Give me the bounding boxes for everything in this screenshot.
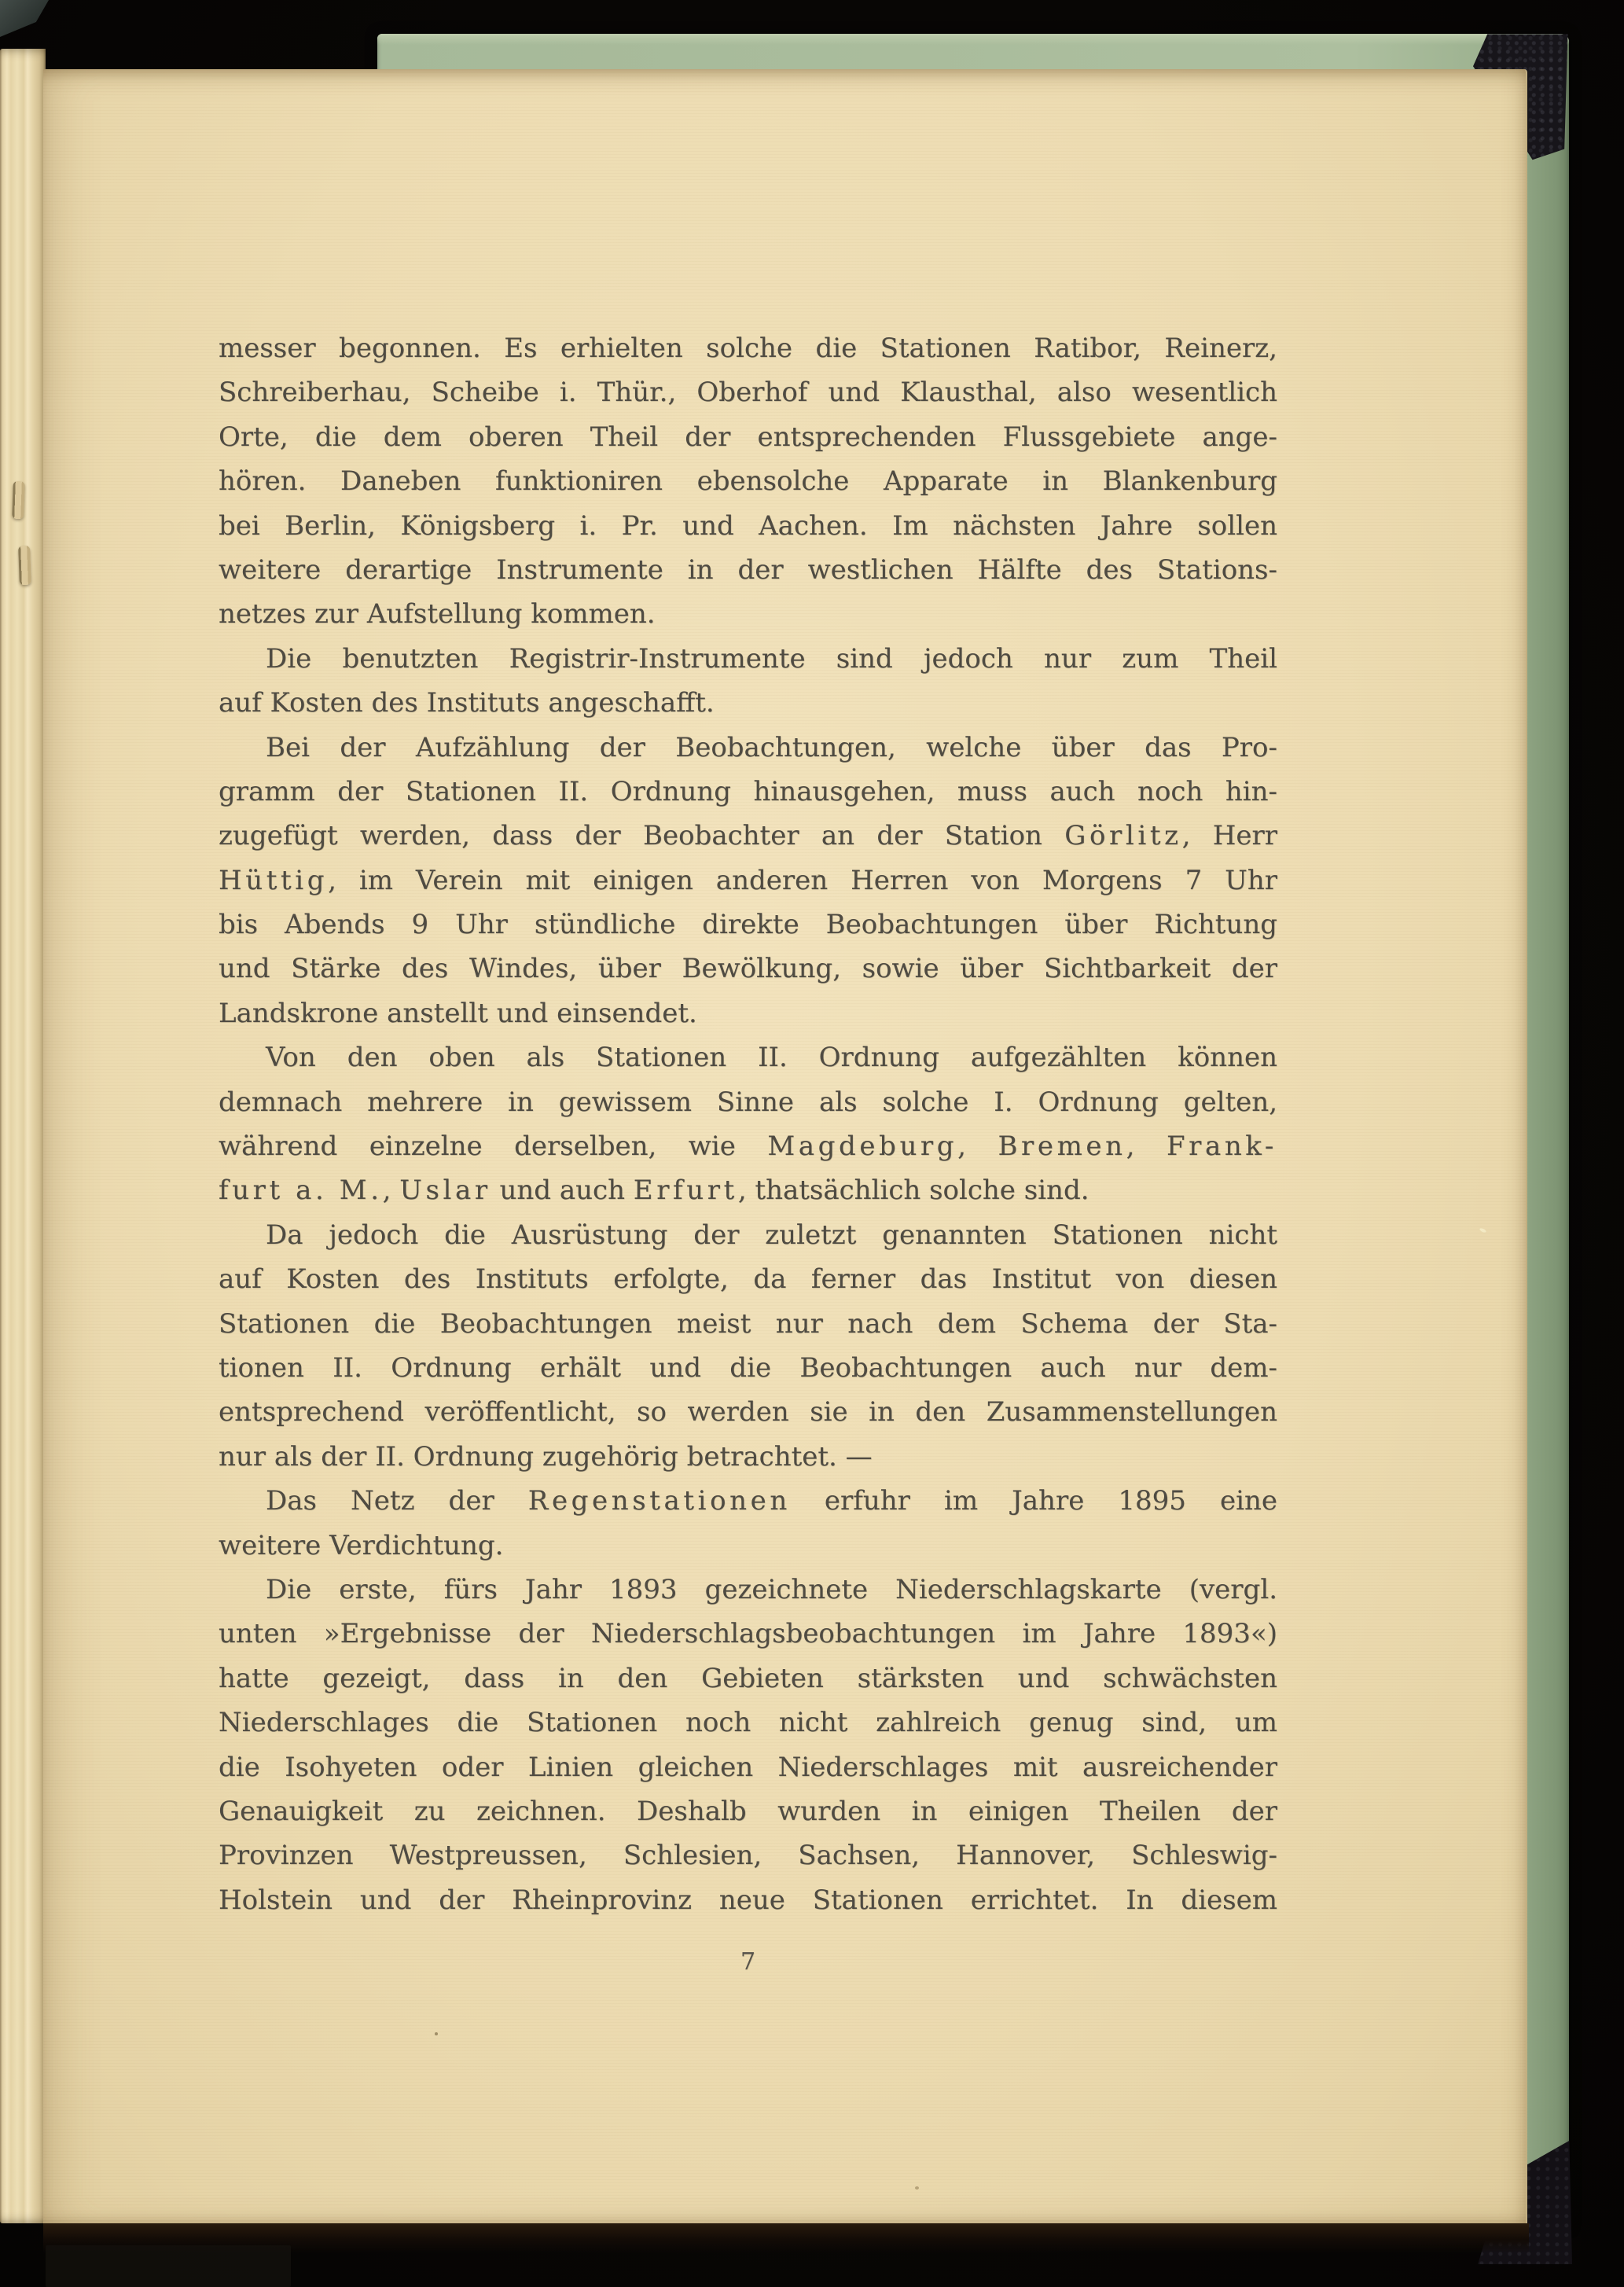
- paragraph: Von den oben als Stationen II. Ordnung a…: [219, 1035, 1277, 1213]
- text-segment: bei Berlin, Königsberg i. Pr. und Aachen…: [219, 510, 1277, 542]
- binding-stitch: [12, 481, 25, 519]
- text-segment: weitere derartige Instrumente in der wes…: [219, 554, 1277, 586]
- text-segment: Die erste, fürs Jahr 1893 gezeichnete Ni…: [266, 1574, 1277, 1605]
- text-line: entsprechend veröffentlicht, so werden s…: [219, 1390, 1277, 1434]
- binding-stitch: [18, 546, 31, 585]
- text-line: Orte, die dem oberen Theil der entsprech…: [219, 415, 1277, 459]
- text-segment: hatte gezeigt, dass in den Gebieten stär…: [219, 1663, 1277, 1694]
- text-line: Bei der Aufzählung der Beobachtungen, we…: [219, 726, 1277, 770]
- text-segment: ,: [1126, 1131, 1167, 1162]
- letterspaced-term: Görlitz: [1064, 820, 1181, 851]
- text-line: unten »Ergebnisse der Niederschlagsbeoba…: [219, 1612, 1277, 1656]
- text-line: furt a. M., Uslar und auch Erfurt, thats…: [219, 1168, 1277, 1212]
- text-line: Von den oben als Stationen II. Ordnung a…: [219, 1035, 1277, 1079]
- text-segment: Orte, die dem oberen Theil der entsprech…: [219, 421, 1277, 453]
- letterspaced-term: Magdeburg: [767, 1131, 957, 1162]
- text-segment: , im Verein mit einigen anderen Herren v…: [328, 865, 1277, 896]
- text-segment: die Isohyeten oder Linien gleichen Niede…: [219, 1752, 1277, 1783]
- text-line: bis Abends 9 Uhr stündliche direkte Beob…: [219, 903, 1277, 947]
- text-segment: entsprechend veröffentlicht, so werden s…: [219, 1396, 1277, 1428]
- text-segment: Stationen die Beobachtungen meist nur na…: [219, 1308, 1277, 1340]
- text-segment: messer begonnen. Es erhielten solche die…: [219, 333, 1277, 364]
- paragraph: Die benutzten Registrir-Instrumente sind…: [219, 637, 1277, 726]
- text-line: Niederschlages die Stationen noch nicht …: [219, 1701, 1277, 1745]
- letterspaced-term: Frank-: [1167, 1131, 1277, 1162]
- text-line: Provinzen Westpreussen, Schlesien, Sachs…: [219, 1833, 1277, 1877]
- text-line: hatte gezeigt, dass in den Gebieten stär…: [219, 1656, 1277, 1701]
- paragraph: Da jedoch die Ausrüstung der zuletzt gen…: [219, 1213, 1277, 1479]
- text-line: die Isohyeten oder Linien gleichen Niede…: [219, 1745, 1277, 1789]
- text-line: Landskrone anstellt und einsendet.: [219, 991, 1277, 1035]
- text-line: Genauigkeit zu zeichnen. Deshalb wurden …: [219, 1789, 1277, 1833]
- text-line: zugefügt werden, dass der Beobachter an …: [219, 814, 1277, 858]
- text-line: Schreiberhau, Scheibe i. Thür., Oberhof …: [219, 370, 1277, 414]
- letterspaced-term: Uslar: [399, 1175, 491, 1206]
- text-segment: ,: [383, 1175, 400, 1206]
- text-line: auf Kosten des Instituts angeschafft.: [219, 681, 1277, 725]
- text-segment: gramm der Stationen II. Ordnung hinausge…: [219, 776, 1277, 807]
- text-line: Die benutzten Registrir-Instrumente sind…: [219, 637, 1277, 681]
- letterspaced-term: Hüttig: [219, 865, 328, 896]
- text-segment: nur als der II. Ordnung zugehörig betrac…: [219, 1441, 873, 1473]
- text-segment: , Herr: [1182, 820, 1277, 851]
- text-line: Die erste, fürs Jahr 1893 gezeichnete Ni…: [219, 1568, 1277, 1612]
- page-number: 7: [219, 1948, 1277, 1976]
- letterspaced-term: furt a. M.: [219, 1175, 383, 1206]
- text-line: netzes zur Aufstellung kommen.: [219, 592, 1277, 636]
- text-line: Das Netz der Regenstationen erfuhr im Ja…: [219, 1479, 1277, 1523]
- text-segment: Schreiberhau, Scheibe i. Thür., Oberhof …: [219, 377, 1277, 408]
- text-line: hören. Daneben funktioniren ebensolche A…: [219, 459, 1277, 503]
- paragraph: messer begonnen. Es erhielten solche die…: [219, 326, 1277, 637]
- text-line: gramm der Stationen II. Ordnung hinausge…: [219, 770, 1277, 814]
- text-line: nur als der II. Ordnung zugehörig betrac…: [219, 1435, 1277, 1479]
- paper-speck: [915, 2186, 919, 2190]
- scanbed-smudge: [46, 2245, 291, 2287]
- text-line: Holstein und der Rheinprovinz neue Stati…: [219, 1878, 1277, 1922]
- text-line: Hüttig, im Verein mit einigen anderen He…: [219, 859, 1277, 903]
- letterspaced-term: Bremen: [998, 1131, 1126, 1162]
- text-line: bei Berlin, Königsberg i. Pr. und Aachen…: [219, 504, 1277, 548]
- text-segment: , thatsächlich solche sind.: [738, 1175, 1089, 1206]
- text-segment: tionen II. Ordnung erhält und die Beobac…: [219, 1352, 1277, 1384]
- book-block-edge: [0, 49, 46, 2223]
- text-segment: ,: [957, 1131, 998, 1162]
- text-block: messer begonnen. Es erhielten solche die…: [219, 326, 1277, 1922]
- text-segment: während einzelne derselben, wie: [219, 1131, 767, 1162]
- text-line: Stationen die Beobachtungen meist nur na…: [219, 1302, 1277, 1346]
- paper-speck: [435, 2032, 438, 2035]
- text-segment: auf Kosten des Instituts angeschafft.: [219, 687, 715, 719]
- letterspaced-term: Erfurt: [634, 1175, 738, 1206]
- text-segment: und Stärke des Windes, über Bewölkung, s…: [219, 953, 1277, 984]
- paragraph: Bei der Aufzählung der Beobachtungen, we…: [219, 726, 1277, 1036]
- text-segment: demnach mehrere in gewissem Sinne als so…: [219, 1087, 1277, 1118]
- text-segment: weitere Verdichtung.: [219, 1530, 503, 1561]
- text-segment: erfuhr im Jahre 1895 eine: [791, 1485, 1277, 1517]
- text-line: messer begonnen. Es erhielten solche die…: [219, 326, 1277, 370]
- text-line: und Stärke des Windes, über Bewölkung, s…: [219, 947, 1277, 991]
- text-segment: auf Kosten des Instituts erfolgte, da fe…: [219, 1263, 1277, 1295]
- text-segment: Provinzen Westpreussen, Schlesien, Sachs…: [219, 1840, 1277, 1871]
- scanner-corner-shadow: [0, 0, 49, 39]
- text-segment: Landskrone anstellt und einsendet.: [219, 998, 697, 1029]
- paragraph: Die erste, fürs Jahr 1893 gezeichnete Ni…: [219, 1568, 1277, 1922]
- letterspaced-term: Regenstationen: [528, 1485, 791, 1517]
- text-segment: Niederschlages die Stationen noch nicht …: [219, 1707, 1277, 1738]
- text-segment: zugefügt werden, dass der Beobachter an …: [219, 820, 1064, 851]
- text-line: tionen II. Ordnung erhält und die Beobac…: [219, 1346, 1277, 1390]
- text-segment: Holstein und der Rheinprovinz neue Stati…: [219, 1884, 1277, 1916]
- text-segment: Das Netz der: [266, 1485, 528, 1517]
- text-segment: und auch: [491, 1175, 634, 1206]
- scan-background: { "page": { "number": "7", "paragraphs":…: [0, 0, 1624, 2287]
- text-line: weitere derartige Instrumente in der wes…: [219, 548, 1277, 592]
- text-segment: unten »Ergebnisse der Niederschlagsbeoba…: [219, 1618, 1277, 1649]
- text-segment: Die benutzten Registrir-Instrumente sind…: [266, 643, 1277, 675]
- text-line: auf Kosten des Instituts erfolgte, da fe…: [219, 1257, 1277, 1301]
- text-segment: bis Abends 9 Uhr stündliche direkte Beob…: [219, 909, 1277, 940]
- text-segment: Da jedoch die Ausrüstung der zuletzt gen…: [266, 1219, 1277, 1251]
- text-segment: Bei der Aufzählung der Beobachtungen, we…: [266, 732, 1277, 763]
- text-segment: Von den oben als Stationen II. Ordnung a…: [266, 1042, 1277, 1073]
- text-line: demnach mehrere in gewissem Sinne als so…: [219, 1080, 1277, 1124]
- text-segment: netzes zur Aufstellung kommen.: [219, 598, 656, 630]
- text-line: während einzelne derselben, wie Magdebur…: [219, 1124, 1277, 1168]
- paragraph: Das Netz der Regenstationen erfuhr im Ja…: [219, 1479, 1277, 1568]
- text-segment: Genauigkeit zu zeichnen. Deshalb wurden …: [219, 1796, 1277, 1827]
- text-segment: hören. Daneben funktioniren ebensolche A…: [219, 465, 1277, 497]
- text-line: weitere Verdichtung.: [219, 1524, 1277, 1568]
- text-line: Da jedoch die Ausrüstung der zuletzt gen…: [219, 1213, 1277, 1257]
